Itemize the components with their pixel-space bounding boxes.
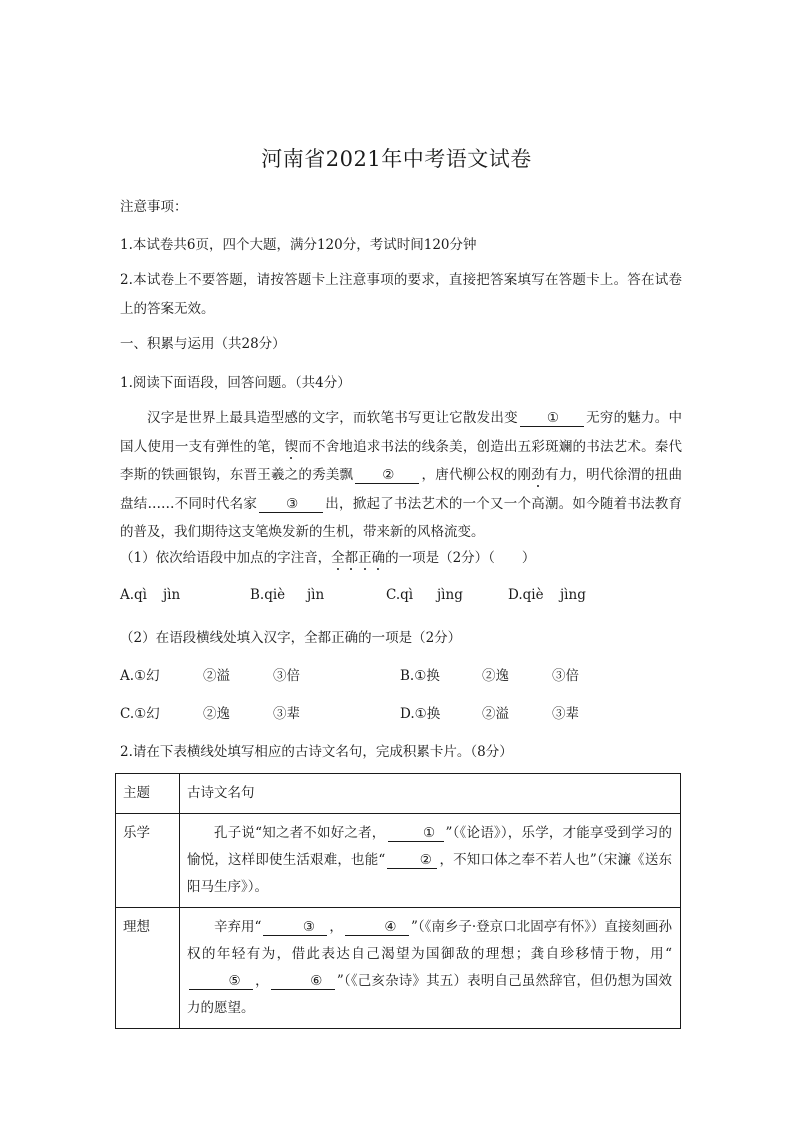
dotted-char: 都 (345, 550, 359, 566)
notice-heading: 注意事项： (120, 195, 188, 215)
option-c-3: ③辈 (273, 702, 300, 722)
option-a-3: ③倍 (273, 664, 300, 684)
blank-3: ③ (259, 496, 323, 513)
header-quotes: 古诗文名句 (180, 774, 681, 814)
option-d-1: D.①换 (400, 702, 440, 722)
blank-2: ② (387, 852, 437, 869)
dotted-char: 锲 (285, 439, 299, 455)
passage-text: ，唐代柳公权的刚 (421, 467, 531, 483)
notice-item-1: 1.本试卷共6页，四个大题，满分120分，考试时间120分钟 (120, 233, 477, 253)
option-b-1: B.①换 (400, 664, 440, 684)
passage-text: 汉字是世界上最具造型感的文字，而软笔书写更让它散发出变 (147, 410, 518, 426)
blank-4: ④ (345, 919, 409, 936)
header-theme: 主题 (116, 774, 180, 814)
row-text: ， (255, 973, 269, 989)
option-c-2: ②逸 (203, 702, 230, 722)
row-theme: 理想 (116, 908, 180, 1029)
page-title: 河南省2021年中考语文试卷 (0, 143, 793, 173)
row-text: 孔子说“知之者不如好之者， (214, 825, 386, 841)
blank-1: ① (388, 825, 444, 842)
row-content: 孔子说“知之者不如好之者，①”（《论语》），乐学，才能享受到学习的愉悦，这样即使… (180, 814, 681, 908)
row-text: 辛弃用“ (214, 919, 261, 935)
row-theme: 乐学 (116, 814, 180, 908)
blank-5: ⑤ (189, 973, 253, 990)
question-text: （1）依次给语段中加点的字注音， (120, 550, 331, 566)
option-b-3: ③倍 (552, 664, 579, 684)
question-text: 的一项是（2分）（ ） (385, 550, 535, 566)
option-b-second: jìn (307, 587, 324, 603)
option-a-second: jìn (163, 587, 180, 603)
option-b-2: ②逸 (482, 664, 509, 684)
notice-item-2: 2.本试卷上不要答题，请按答题卡上注意事项的要求，直接把答案填写在答题卡上。答在… (120, 266, 682, 323)
blank-6: ⑥ (271, 973, 335, 990)
sub-question-2: （2）在语段横线处填入汉字，全都正确的一项是（2分） (120, 626, 461, 646)
table-row: 乐学 孔子说“知之者不如好之者，①”（《论语》），乐学，才能享受到学习的愉悦，这… (116, 814, 681, 908)
option-c-1: C.①幻 (120, 702, 160, 722)
option-d-3: ③辈 (552, 702, 579, 722)
option-a-2: ②溢 (203, 664, 230, 684)
option-d-2: ②溢 (482, 702, 509, 722)
row-content: 辛弃用“③，④”（《南乡子·登京口北固亭有怀》）直接刻画孙权的年轻有为，借此表达… (180, 908, 681, 1029)
section-heading: 一、积累与运用（共28分） (120, 332, 286, 352)
row-text: ， (329, 919, 343, 935)
table-row: 理想 辛弃用“③，④”（《南乡子·登京口北固亭有怀》）直接刻画孙权的年轻有为，借… (116, 908, 681, 1029)
option-c-second: jìng (437, 587, 463, 603)
blank-2: ② (355, 467, 419, 484)
option-d-second: jìng (560, 587, 586, 603)
table-header-row: 主题 古诗文名句 (116, 774, 681, 814)
dotted-char: 正 (358, 550, 372, 566)
option-c-label: C.qì (386, 587, 413, 603)
question-1-heading: 1.阅读下面语段，回答问题。（共4分） (120, 371, 351, 391)
blank-3: ③ (263, 919, 327, 936)
question-2-heading: 2.请在下表横线处填写相应的古诗文名句，完成积累卡片。（8分） (120, 740, 513, 760)
dotted-char: 劲 (531, 467, 545, 483)
accumulation-card-table: 主题 古诗文名句 乐学 孔子说“知之者不如好之者，①”（《论语》），乐学，才能享… (115, 773, 681, 1029)
sub-question-1: （1）依次给语段中加点的字注音，全都正确的一项是（2分）（ ） (120, 546, 535, 566)
reading-passage: 汉字是世界上最具造型感的文字，而软笔书写更让它散发出变①无穷的魅力。中国人使用一… (120, 404, 682, 547)
option-b-label: B.qiè (250, 587, 285, 603)
dotted-char: 全 (331, 550, 345, 566)
option-a-1: A.①幻 (120, 664, 160, 684)
option-a-label: A.qì (120, 587, 147, 603)
dotted-char: 确 (372, 550, 386, 566)
blank-1: ① (520, 410, 584, 427)
option-d-label: D.qiè (508, 587, 544, 603)
